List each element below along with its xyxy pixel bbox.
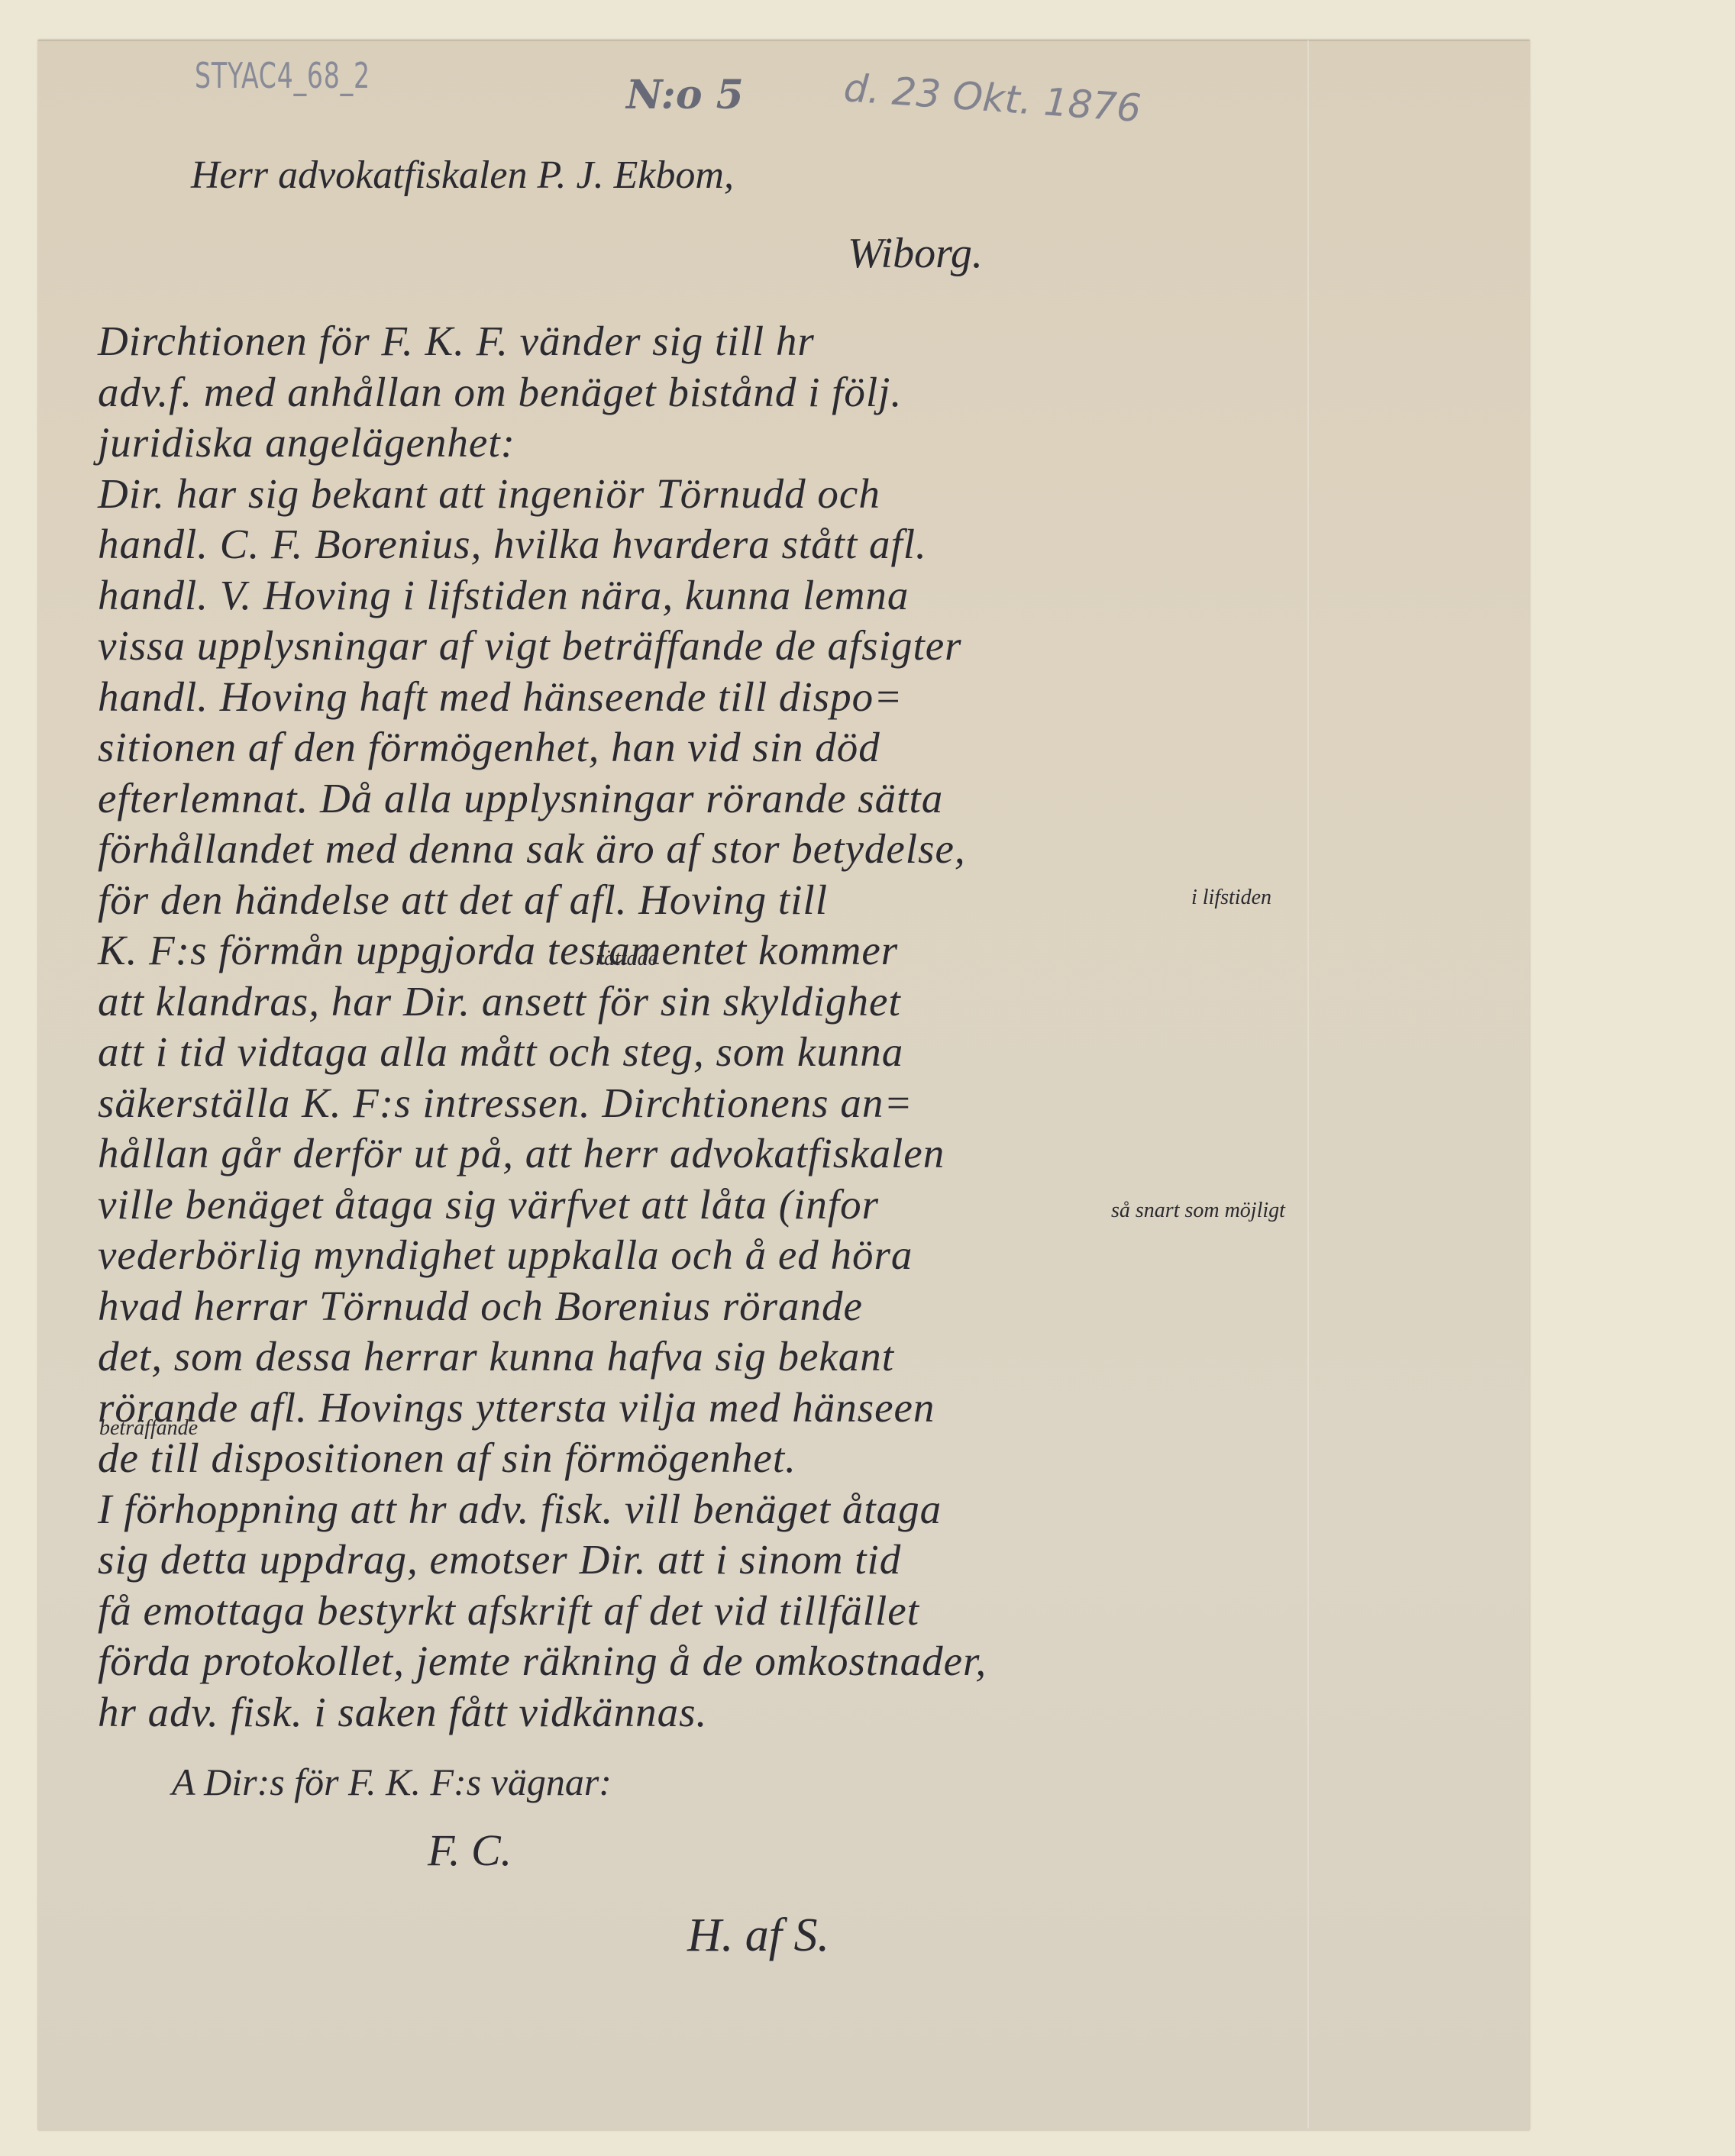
- letter-number-stamp: N:o 5: [626, 72, 744, 118]
- letter-line: handl. V. Hoving i lifstiden nära, kunna…: [98, 571, 909, 619]
- letter-line: sig detta uppdrag, emotser Dir. att i si…: [98, 1535, 901, 1583]
- paper-fold-line: [1307, 40, 1309, 2129]
- letter-line: K. F:s förmån uppgjorda testamentet komm…: [98, 926, 898, 974]
- interlinear-note: rättade: [596, 947, 657, 971]
- letter-line: att klandras, har Dir. ansett för sin sk…: [98, 977, 901, 1025]
- letter-line: vissa upplysningar af vigt beträffande d…: [98, 621, 962, 670]
- letter-line: efterlemnat. Då alla upplysningar rörand…: [98, 774, 943, 822]
- city-line: Wiborg.: [848, 229, 983, 278]
- letter-line: få emottaga bestyrkt afskrift af det vid…: [98, 1586, 919, 1635]
- letter-line: ville benäget åtaga sig värfvet att låta…: [98, 1180, 879, 1228]
- letter-line: att i tid vidtaga alla mått och steg, so…: [98, 1028, 903, 1076]
- signature-initials-2: H. af S.: [687, 1909, 829, 1963]
- interlinear-note: i lifstiden: [1191, 886, 1271, 910]
- signature-initials-1: F. C.: [428, 1825, 512, 1876]
- letter-line: hållan går derför ut på, att herr advoka…: [98, 1129, 945, 1177]
- letter-line: hr adv. fisk. i saken fått vidkännas.: [98, 1688, 707, 1736]
- letter-line: det, som dessa herrar kunna hafva sig be…: [98, 1332, 894, 1380]
- closing-line: A Dir:s för F. K. F:s vägnar:: [172, 1760, 612, 1804]
- letter-line: juridiska angelägenhet:: [98, 418, 515, 466]
- interlinear-note: beträffande: [99, 1416, 198, 1441]
- letter-line: handl. Hoving haft med hänseende till di…: [98, 673, 903, 721]
- letter-line: förda protokollet, jemte räkning å de om…: [98, 1637, 987, 1685]
- letter-line: handl. C. F. Borenius, hvilka hvardera s…: [98, 520, 927, 568]
- letter-line: sitionen af den förmögenhet, han vid sin…: [98, 723, 880, 771]
- archive-reference-stamp: STYAC4_68_2: [195, 55, 370, 96]
- letter-line: Dirchtionen för F. K. F. vänder sig till…: [98, 317, 815, 365]
- letter-line: adv.f. med anhållan om benäget bistånd i…: [98, 368, 902, 416]
- letter-line: för den händelse att det af afl. Hoving …: [98, 876, 828, 924]
- addressee-line: Herr advokatfiskalen P. J. Ekbom,: [191, 153, 734, 198]
- letter-line: rörande afl. Hovings yttersta vilja med …: [98, 1383, 935, 1431]
- letter-line: säkerställa K. F:s intressen. Dirchtione…: [98, 1079, 913, 1127]
- letter-line: I förhoppning att hr adv. fisk. vill ben…: [98, 1485, 942, 1533]
- letter-line: hvad herrar Törnudd och Borenius rörande: [98, 1282, 863, 1330]
- letter-line: de till dispositionen af sin förmögenhet…: [98, 1434, 796, 1482]
- letter-line: Dir. har sig bekant att ingeniör Törnudd…: [98, 470, 880, 518]
- interlinear-note: så snart som möjligt: [1111, 1199, 1285, 1223]
- letter-line: förhållandet med denna sak äro af stor b…: [98, 825, 966, 873]
- letter-line: vederbörlig myndighet uppkalla och å ed …: [98, 1231, 913, 1279]
